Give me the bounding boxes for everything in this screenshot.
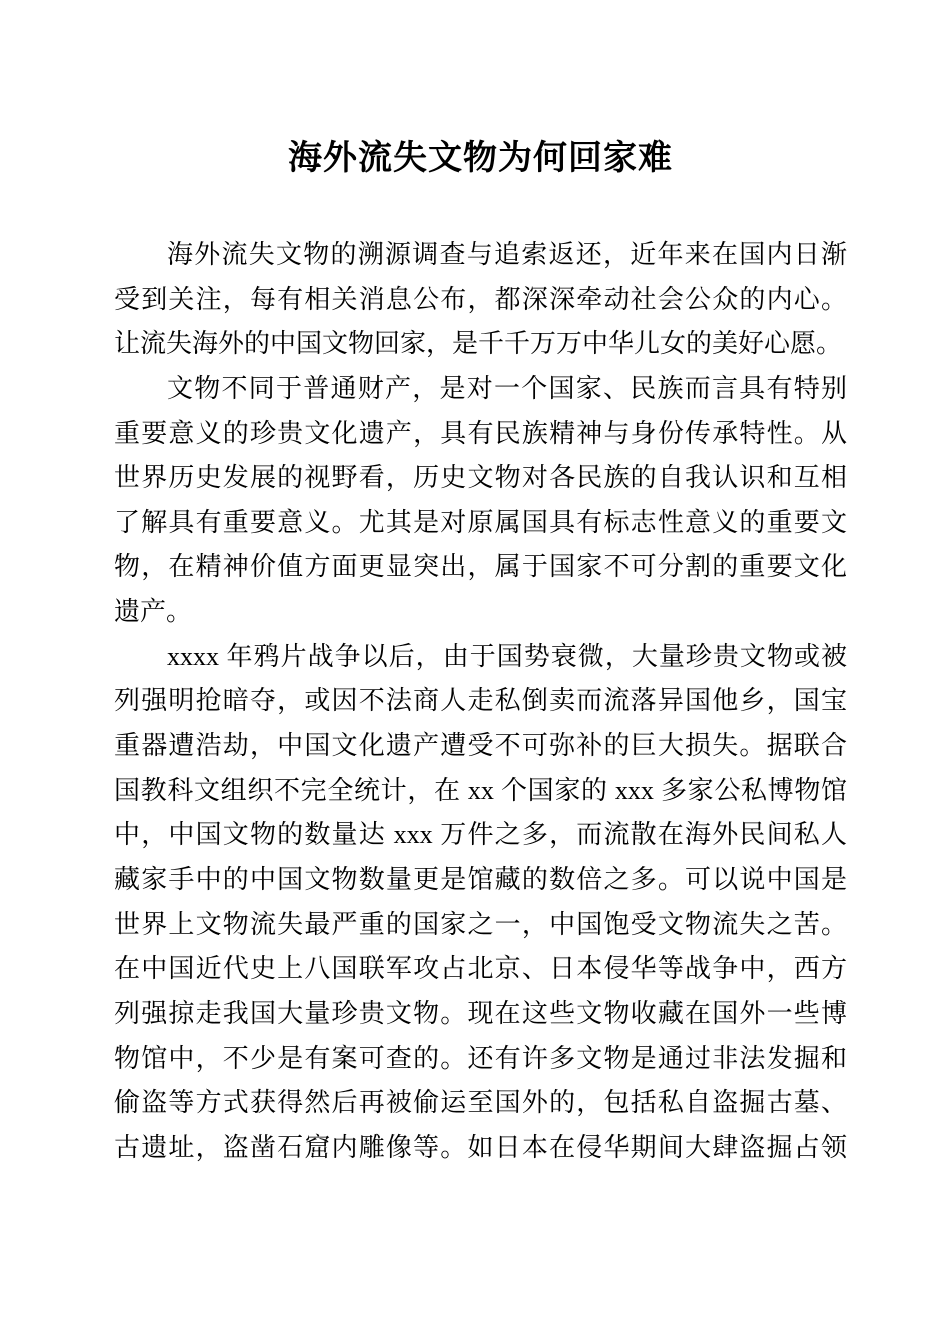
text-line: 遗产。 — [114, 590, 847, 635]
text-line: xxxx 年鸦片战争以后，由于国势衰微，大量珍贵文物或被 — [114, 635, 847, 680]
text-line: 让流失海外的中国文物回家，是千千万万中华儿女的美好心愿。 — [114, 322, 847, 367]
text-line: 物馆中，不少是有案可查的。还有许多文物是通过非法发掘和 — [114, 1037, 847, 1082]
text-line: 列强明抢暗夺，或因不法商人走私倒卖而流落异国他乡，国宝 — [114, 679, 847, 724]
text-line: 物，在精神价值方面更显突出，属于国家不可分割的重要文化 — [114, 545, 847, 590]
text-line: 世界历史发展的视野看，历史文物对各民族的自我认识和互相 — [114, 456, 847, 501]
text-line: 了解具有重要意义。尤其是对原属国具有标志性意义的重要文 — [114, 501, 847, 546]
text-line: 世界上文物流失最严重的国家之一，中国饱受文物流失之苦。 — [114, 903, 847, 948]
text-line: 重器遭浩劫，中国文化遗产遭受不可弥补的巨大损失。据联合 — [114, 724, 847, 769]
text-line: 重要意义的珍贵文化遗产，具有民族精神与身份传承特性。从 — [114, 412, 847, 457]
paragraph: xxxx 年鸦片战争以后，由于国势衰微，大量珍贵文物或被列强明抢暗夺，或因不法商… — [114, 635, 847, 1171]
text-line: 偷盗等方式获得然后再被偷运至国外的，包括私自盗掘古墓、 — [114, 1081, 847, 1126]
text-line: 藏家手中的中国文物数量更是馆藏的数倍之多。可以说中国是 — [114, 858, 847, 903]
text-line: 列强掠走我国大量珍贵文物。现在这些文物收藏在国外一些博 — [114, 992, 847, 1037]
text-line: 国教科文组织不完全统计，在 xx 个国家的 xxx 多家公私博物馆 — [114, 769, 847, 814]
text-line: 古遗址，盗凿石窟内雕像等。如日本在侵华期间大肆盗掘占领 — [114, 1126, 847, 1171]
paragraph: 海外流失文物的溯源调查与追索返还，近年来在国内日渐受到关注，每有相关消息公布，都… — [114, 233, 847, 367]
document-body: 海外流失文物的溯源调查与追索返还，近年来在国内日渐受到关注，每有相关消息公布，都… — [114, 233, 847, 1170]
text-line: 文物不同于普通财产，是对一个国家、民族而言具有特别 — [114, 367, 847, 412]
text-line: 受到关注，每有相关消息公布，都深深牵动社会公众的内心。 — [114, 278, 847, 323]
paragraph: 文物不同于普通财产，是对一个国家、民族而言具有特别重要意义的珍贵文化遗产，具有民… — [114, 367, 847, 635]
text-line: 中，中国文物的数量达 xxx 万件之多，而流散在海外民间私人 — [114, 813, 847, 858]
document-title: 海外流失文物为何回家难 — [114, 137, 847, 181]
text-line: 在中国近代史上八国联军攻占北京、日本侵华等战争中，西方 — [114, 947, 847, 992]
document-page: 海外流失文物为何回家难 海外流失文物的溯源调查与追索返还，近年来在国内日渐受到关… — [0, 0, 950, 1344]
text-line: 海外流失文物的溯源调查与追索返还，近年来在国内日渐 — [114, 233, 847, 278]
